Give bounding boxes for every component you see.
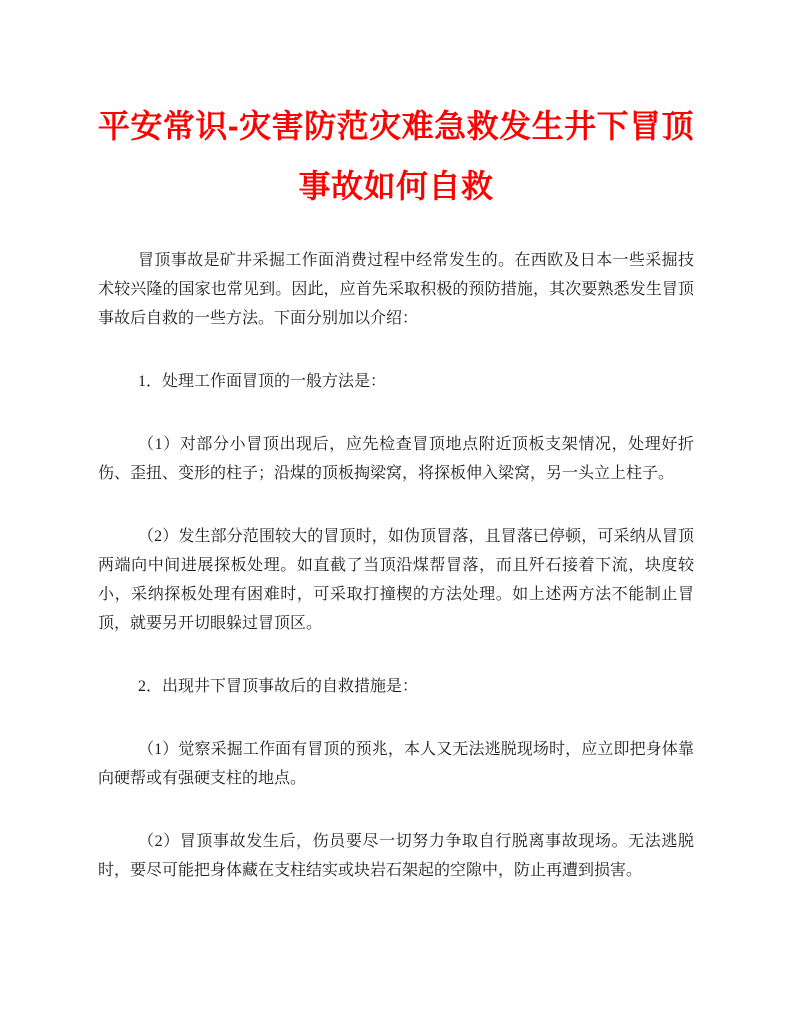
title-line-1: 平安常识-灾害防范灾难急救发生井下冒顶: [60, 96, 732, 156]
paragraph-section-1-heading: 1．处理工作面冒顶的一般方法是：: [98, 367, 694, 396]
document-body: 冒顶事故是矿井采掘工作面消费过程中经常发生的。在西欧及日本一些采掘技术较兴隆的国…: [98, 246, 694, 885]
paragraph-section-2-item-1: （1）觉察采掘工作面有冒顶的预兆，本人又无法逃脱现场时，应立即把身体靠向硬帮或有…: [98, 735, 694, 793]
document-title: 平安常识-灾害防范灾难急救发生井下冒顶 事故如何自救: [60, 96, 732, 216]
paragraph-intro: 冒顶事故是矿井采掘工作面消费过程中经常发生的。在西欧及日本一些采掘技术较兴隆的国…: [98, 246, 694, 333]
document-page: 平安常识-灾害防范灾难急救发生井下冒顶 事故如何自救 冒顶事故是矿井采掘工作面消…: [0, 0, 792, 1025]
paragraph-section-2-item-2: （2）冒顶事故发生后，伤员要尽一切努力争取自行脱离事故现场。无法逃脱时，要尽可能…: [98, 827, 694, 885]
paragraph-section-1-item-2: （2）发生部分范围较大的冒顶时，如伪顶冒落，且冒落已停顿，可采纳从冒顶两端向中间…: [98, 522, 694, 638]
title-line-2: 事故如何自救: [60, 156, 732, 216]
paragraph-section-2-heading: 2．出现井下冒顶事故后的自救措施是：: [98, 672, 694, 701]
paragraph-section-1-item-1: （1）对部分小冒顶出现后，应先检查冒顶地点附近顶板支架情况，处理好折伤、歪扭、变…: [98, 430, 694, 488]
